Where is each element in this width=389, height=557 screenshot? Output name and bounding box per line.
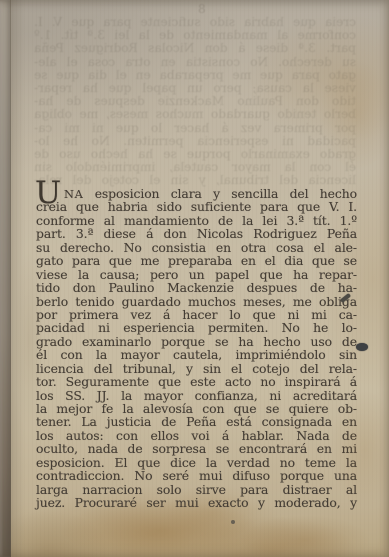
- text-line: larga narracion solo sirve para distraer…: [36, 483, 357, 496]
- text-lines: creia que habria sido suficiente para qu…: [36, 200, 357, 509]
- text-line: juez. Procuraré ser mui exacto y moderad…: [36, 496, 357, 509]
- foxing-stain: [240, 515, 370, 557]
- book-page-photo: creia que habria sido suficiente para qu…: [0, 0, 389, 557]
- ghost-line: grado examinarlo porque se ha hecho uso …: [34, 148, 356, 161]
- text-line: tener. La justicia de Peña está consigna…: [36, 415, 357, 428]
- text-line: los SS. JJ. la mayor confianza, ni acred…: [36, 389, 357, 402]
- text-line: viese la causa; pero un papel que ha rep…: [36, 268, 357, 281]
- text-line: por primera vez á hacer lo que ni mi ca-: [36, 308, 357, 321]
- ghost-line: gato para que me preparaba en el dia que…: [34, 69, 356, 82]
- text-line: gato para que me preparaba en el dia que…: [36, 254, 357, 267]
- text-line: creia que habria sido suficiente para qu…: [36, 200, 357, 213]
- ghost-line: pacidad ni esperiencia permiten. No he l…: [34, 135, 356, 148]
- ghost-page-number: 8: [198, 2, 206, 16]
- text-line-first: UNA esposicion clara y sencilla del hech…: [36, 187, 357, 200]
- text-line: conforme al mandamiento de la lei 3.ª tí…: [36, 214, 357, 227]
- text-line: él con la mayor cautela, imprimiéndolo s…: [36, 348, 357, 361]
- bleedthrough-text: creia que habria sido suficiente para qu…: [34, 16, 356, 187]
- text-line: esposicion. El que dice la verdad no tem…: [36, 456, 357, 469]
- ghost-line: berlo tenido guardado muchos meses, me o…: [34, 108, 356, 121]
- ghost-line: creia que habria sido suficiente para qu…: [34, 16, 356, 29]
- text-line: licencia del tribunal, y sin el cotejo d…: [36, 362, 357, 375]
- gutter-shadow: [11, 0, 25, 557]
- ghost-line: tido don Paulino Mackenzie despues de ha…: [34, 95, 356, 108]
- text-line: tor. Seguramente que este acto no inspir…: [36, 375, 357, 388]
- ghost-line: él con la mayor cautela, imprimiéndolo s…: [34, 161, 356, 174]
- main-text-block: UNA esposicion clara y sencilla del hech…: [36, 187, 357, 510]
- text-line: los autos: con ellos voi á hablar. Nada …: [36, 429, 357, 442]
- text-line: oculto, nada de sorpresa se encontrará e…: [36, 442, 357, 455]
- ghost-line: por primera vez á hacer lo que ni mi ca-: [34, 122, 356, 135]
- text-line: contradiccion. No seré mui difuso porque…: [36, 469, 357, 482]
- ink-speck: [356, 343, 368, 351]
- text-line: part. 3.ª diese á don Nicolas Rodriguez …: [36, 227, 357, 240]
- ink-speck: [231, 520, 235, 524]
- ghost-line: conforme al mandamiento de la lei 3.ª tí…: [34, 29, 356, 42]
- drop-cap: U: [35, 178, 61, 209]
- ghost-line: viese la causa; pero un papel que ha rep…: [34, 82, 356, 95]
- ghost-line: part. 3.ª diese á don Nicolas Rodriguez …: [34, 42, 356, 55]
- text-line: su derecho. No consistia en otra cosa el…: [36, 241, 357, 254]
- text-line: grado examinarlo porque se ha hecho uso …: [36, 335, 357, 348]
- text-line: tido don Paulino Mackenzie despues de ha…: [36, 281, 357, 294]
- book-edge-strip: [0, 0, 11, 557]
- text-line: berlo tenido guardado muchos meses, me o…: [36, 295, 357, 308]
- ghost-line: su derecho. No consistia en otra cosa el…: [34, 56, 356, 69]
- text-line: pacidad ni esperiencia permiten. No he l…: [36, 321, 357, 334]
- text-line: la mejor fe la alevosía con que se quier…: [36, 402, 357, 415]
